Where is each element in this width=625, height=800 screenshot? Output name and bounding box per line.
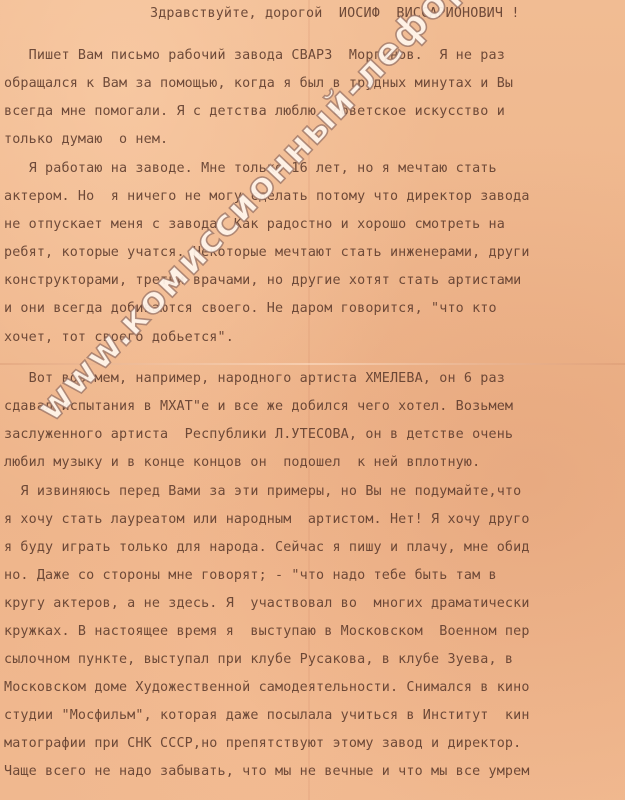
letter-line: актером. Но я ничего не могу сделать пот… [4,189,530,204]
letter-line: только думаю о нем. [4,132,168,147]
letter-line: ребят, которые учатся. Некоторые мечтают… [4,245,530,260]
letter-line: но. Даже со стороны мне говорят; - "что … [4,568,497,583]
letter-line: обращался к Вам за помощью, когда я был … [4,76,513,91]
letter-page: Здравствуйте, дорогой ИОСИФ ВИССАРИОНОВИ… [0,0,625,800]
letter-line: Вот возьмем, например, народного артиста… [4,371,505,386]
letter-line: студии "Мосфильм", которая даже посылала… [4,708,530,723]
letter-line: Чаще всего не надо забывать, что мы не в… [4,764,530,779]
letter-line: всегда мне помогали. Я с детства люблю с… [4,104,505,119]
letter-greeting: Здравствуйте, дорогой ИОСИФ ВИССАРИОНОВИ… [150,6,520,21]
letter-line: Московском доме Художественной самодеяте… [4,680,530,695]
letter-line: хочет, тот своего добьется". [4,330,234,345]
letter-line: конструкторами, третьи врачами, но други… [4,273,521,288]
letter-line: сылочном пункте, выступал при клубе Руса… [4,652,513,667]
letter-line: кружках. В настоящее время я выступаю в … [4,624,530,639]
letter-line: я хочу стать лауреатом или народным арти… [4,512,530,527]
letter-line: кругу актеров, а не здесь. Я участвовал … [4,596,530,611]
letter-line: Пишет Вам письмо рабочий завода СВАРЗ Мо… [4,48,505,63]
letter-line: Я извиняюсь перед Вами за эти примеры, н… [4,484,521,499]
letter-line: я буду играть только для народа. Сейчас … [4,540,530,555]
letter-line: Я работаю на заводе. Мне только 16 лет, … [4,161,497,176]
letter-line: заслуженного артиста Республики Л.УТЕСОВ… [4,427,513,442]
letter-line: матографии при СНК СССР,но препятствуют … [4,736,521,751]
letter-line: и они всегда добиваются своего. Не даром… [4,301,497,316]
letter-line: любил музыку и в конце концов он подошел… [4,455,480,470]
letter-line: не отпускает меня с завода. Как радостно… [4,217,505,232]
letter-line: сдавал испытания в МХАТ"е и все же добил… [4,399,513,414]
